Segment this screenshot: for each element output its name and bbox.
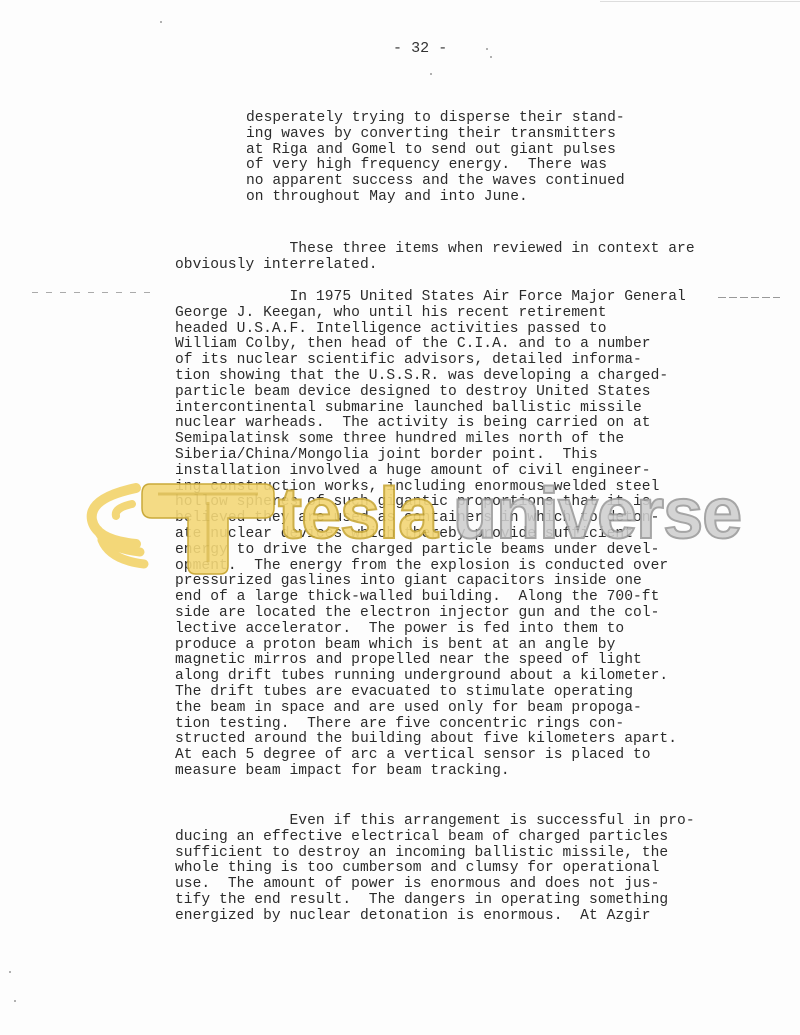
text-line: opment. The energy from the explosion is… bbox=[175, 559, 686, 575]
text-line: At each 5 degree of arc a vertical senso… bbox=[175, 748, 686, 764]
document-page: - 32 - desperately trying to disperse th… bbox=[0, 0, 800, 1035]
text-line: sufficient to destroy an incoming ballis… bbox=[175, 846, 695, 862]
text-line: ing waves by converting their transmitte… bbox=[246, 127, 625, 143]
text-line: These three items when reviewed in conte… bbox=[175, 242, 695, 258]
page-number: - 32 - bbox=[393, 40, 447, 57]
text-line: hollow spheres of such gigantic proporti… bbox=[175, 495, 686, 511]
text-line: particle beam device designed to destroy… bbox=[175, 385, 686, 401]
text-line: use. The amount of power is enormous and… bbox=[175, 877, 695, 893]
scan-artifact-line-right bbox=[718, 297, 780, 298]
text-line: structed around the building about five … bbox=[175, 732, 686, 748]
text-line: measure beam impact for beam tracking. bbox=[175, 764, 686, 780]
text-line: at Riga and Gomel to send out giant puls… bbox=[246, 143, 625, 159]
paragraph-interrelated: These three items when reviewed in conte… bbox=[175, 242, 695, 274]
scan-speck bbox=[14, 1000, 16, 1002]
text-line: energy to drive the charged particle bea… bbox=[175, 543, 686, 559]
scan-speck bbox=[490, 56, 492, 58]
text-line: tion showing that the U.S.S.R. was devel… bbox=[175, 369, 686, 385]
scan-speck bbox=[430, 73, 432, 75]
text-line: side are located the electron injector g… bbox=[175, 606, 686, 622]
text-line: Semipalatinsk some three hundred miles n… bbox=[175, 432, 686, 448]
paragraph-keegan: In 1975 United States Air Force Major Ge… bbox=[175, 290, 686, 780]
text-line: end of a large thick-walled building. Al… bbox=[175, 590, 686, 606]
text-line: installation involved a huge amount of c… bbox=[175, 464, 686, 480]
text-line: of its nuclear scientific advisors, deta… bbox=[175, 353, 686, 369]
text-line: along drift tubes running underground ab… bbox=[175, 669, 686, 685]
text-line: desperately trying to disperse their sta… bbox=[246, 111, 625, 127]
text-line: magnetic mirros and propelled near the s… bbox=[175, 653, 686, 669]
text-line: intercontinental submarine launched ball… bbox=[175, 401, 686, 417]
scan-speck bbox=[486, 48, 488, 50]
text-line: energized by nuclear detonation is enorm… bbox=[175, 909, 695, 925]
text-line: on throughout May and into June. bbox=[246, 190, 625, 206]
text-line: George J. Keegan, who until his recent r… bbox=[175, 306, 686, 322]
text-line: tify the end result. The dangers in oper… bbox=[175, 893, 695, 909]
text-line: Siberia/China/Mongolia joint border poin… bbox=[175, 448, 686, 464]
text-line: tion testing. There are five concentric … bbox=[175, 717, 686, 733]
text-line: ducing an effective electrical beam of c… bbox=[175, 830, 695, 846]
text-line: no apparent success and the waves contin… bbox=[246, 174, 625, 190]
text-line: headed U.S.A.F. Intelligence activities … bbox=[175, 322, 686, 338]
text-line: ing construction works, including enormo… bbox=[175, 480, 686, 496]
text-line: William Colby, then head of the C.I.A. a… bbox=[175, 337, 686, 353]
scan-artifact-line-top-right bbox=[600, 1, 800, 2]
text-line: of very high frequency energy. There was bbox=[246, 158, 625, 174]
text-line: lective accelerator. The power is fed in… bbox=[175, 622, 686, 638]
text-line: produce a proton beam which is bent at a… bbox=[175, 638, 686, 654]
text-line: whole thing is too cumbersom and clumsy … bbox=[175, 861, 695, 877]
text-line: believed they are used as containers in … bbox=[175, 511, 686, 527]
text-line: ate nuclear devices which thereby provid… bbox=[175, 527, 686, 543]
text-line: nuclear warheads. The activity is being … bbox=[175, 416, 686, 432]
text-line: obviously interrelated. bbox=[175, 258, 695, 274]
text-line: In 1975 United States Air Force Major Ge… bbox=[175, 290, 686, 306]
text-line: Even if this arrangement is successful i… bbox=[175, 814, 695, 830]
text-line: The drift tubes are evacuated to stimula… bbox=[175, 685, 686, 701]
scan-artifact-line-left bbox=[32, 292, 152, 293]
scan-speck bbox=[160, 21, 162, 23]
scan-speck bbox=[9, 971, 11, 973]
paragraph-continuation: desperately trying to disperse their sta… bbox=[246, 111, 625, 206]
text-line: the beam in space and are used only for … bbox=[175, 701, 686, 717]
text-line: pressurized gaslines into giant capacito… bbox=[175, 574, 686, 590]
paragraph-cumbersome: Even if this arrangement is successful i… bbox=[175, 814, 695, 925]
